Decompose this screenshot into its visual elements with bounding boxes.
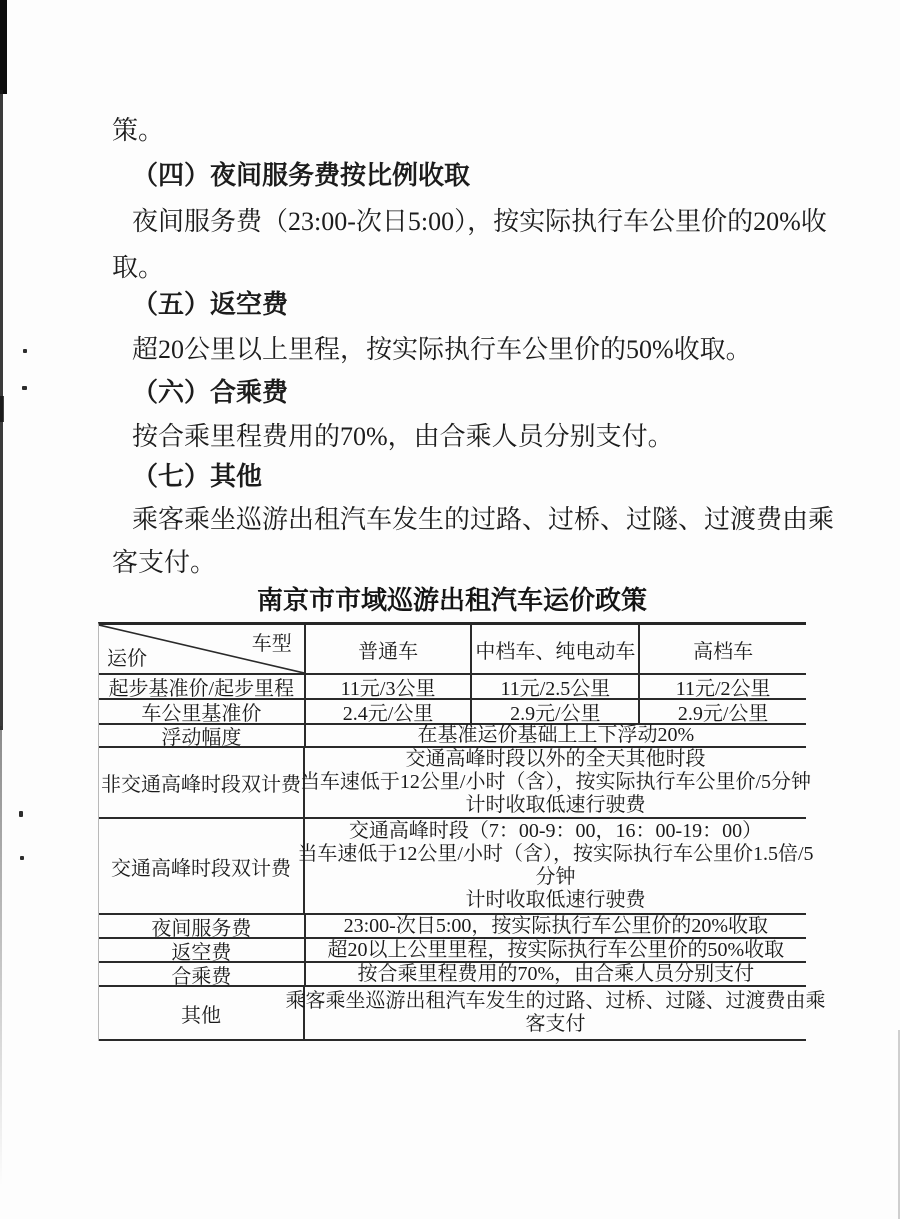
cell-line: 计时收取低速行驶费 [466, 794, 646, 817]
section-heading-6: （六）合乘费 [132, 378, 288, 408]
cell-value: 超20以上公里里程，按实际执行车公里价的50%收取 [304, 939, 806, 961]
section-heading-4: （四）夜间服务费按比例收取 [132, 161, 470, 191]
table-row: 交通高峰时段双计费 交通高峰时段（7：00-9：00，16：00-19：00） … [99, 819, 806, 915]
row-label: 合乘费 [99, 963, 304, 985]
cell-value: 交通高峰时段以外的全天其他时段 当车速低于12公里/小时（含），按实际执行车公里… [303, 748, 806, 817]
cell-line: 当车速低于12公里/小时（含），按实际执行车公里价/5分钟 [300, 771, 811, 794]
table-title: 南京市市域巡游出租汽车运价政策 [98, 585, 806, 615]
scan-speck [22, 386, 27, 390]
section-heading-5: （五）返空费 [132, 290, 288, 320]
cell-line: 交通高峰时段（7：00-9：00，16：00-19：00） [349, 820, 762, 843]
cell-line: 在基准运价基础上上下浮动20% [418, 724, 695, 747]
row-label: 交通高峰时段双计费 [99, 819, 303, 913]
cell-value: 11元/3公里 [304, 675, 471, 698]
document-page: 策。 （四）夜间服务费按比例收取 夜间服务费（23:00-次日5:00），按实际… [0, 0, 900, 1219]
row-label: 返空费 [99, 939, 304, 961]
cell-line: 分钟 [536, 866, 576, 889]
cell-line: 交通高峰时段以外的全天其他时段 [406, 748, 706, 771]
body-line: 客支付。 [112, 548, 216, 578]
row-label: 起步基准价/起步里程 [99, 675, 304, 698]
scan-edge-artifact [0, 726, 2, 1186]
body-line: 按合乘里程费用的70%，由合乘人员分别支付。 [132, 422, 674, 452]
table-row: 合乘费 按合乘里程费用的70%，由合乘人员分别支付 [99, 963, 806, 987]
table-row: 非交通高峰时段双计费 交通高峰时段以外的全天其他时段 当车速低于12公里/小时（… [99, 748, 806, 819]
cell-value: 交通高峰时段（7：00-9：00，16：00-19：00） 当车速低于12公里/… [303, 819, 806, 913]
corner-label-fare: 运价 [107, 642, 147, 671]
cell-value: 2.9元/公里 [638, 700, 806, 723]
scan-edge-artifact [0, 0, 7, 94]
cell-line: 23:00-次日5:00，按实际执行车公里价的20%收取 [344, 915, 768, 938]
cell-value: 2.9元/公里 [470, 700, 638, 723]
column-header-high: 高档车 [638, 625, 806, 673]
body-line: 超20公里以上里程，按实际执行车公里价的50%收取。 [132, 335, 752, 365]
scan-speck [0, 396, 4, 422]
column-header-mid-electric: 中档车、纯电动车 [470, 625, 638, 673]
table-row: 其他 乘客乘坐巡游出租汽车发生的过路、过桥、过隧、过渡费由乘 客支付 [99, 987, 806, 1041]
cell-value: 11元/2公里 [638, 675, 806, 698]
section-heading-7: （七）其他 [132, 462, 262, 492]
column-header-ordinary: 普通车 [304, 625, 471, 673]
table-header-row: 车型 运价 普通车 中档车、纯电动车 高档车 [99, 625, 806, 675]
cell-value: 乘客乘坐巡游出租汽车发生的过路、过桥、过隧、过渡费由乘 客支付 [303, 987, 806, 1039]
body-line: 取。 [112, 253, 164, 283]
scan-speck [20, 856, 24, 860]
corner-cell: 车型 运价 [99, 625, 304, 673]
cell-line: 乘客乘坐巡游出租汽车发生的过路、过桥、过隧、过渡费由乘 [286, 990, 826, 1013]
body-line: 乘客乘坐巡游出租汽车发生的过路、过桥、过隧、过渡费由乘 [132, 505, 834, 535]
scan-speck [19, 811, 23, 817]
pricing-table: 车型 运价 普通车 中档车、纯电动车 高档车 起步基准价/起步里程 11元/3公… [98, 622, 806, 1041]
cell-line: 按合乘里程费用的70%，由合乘人员分别支付 [358, 963, 755, 986]
cell-value: 在基准运价基础上上下浮动20% [304, 725, 806, 746]
body-line: 策。 [112, 116, 164, 146]
cell-value: 按合乘里程费用的70%，由合乘人员分别支付 [304, 963, 806, 985]
cell-value: 11元/2.5公里 [470, 675, 638, 698]
cell-line: 当车速低于12公里/小时（含），按实际执行车公里价1.5倍/5 [297, 843, 813, 866]
cell-line: 客支付 [526, 1013, 586, 1036]
body-line: 夜间服务费（23:00-次日5:00），按实际执行车公里价的20%收 [132, 207, 827, 237]
scan-speck [23, 349, 27, 353]
row-label: 非交通高峰时段双计费 [99, 748, 303, 817]
row-label: 浮动幅度 [99, 725, 304, 746]
cell-line: 超20以上公里里程，按实际执行车公里价的50%收取 [328, 939, 785, 962]
row-label: 其他 [99, 987, 303, 1039]
row-label: 车公里基准价 [99, 700, 304, 723]
corner-label-vehicle-type: 车型 [252, 627, 292, 656]
cell-value: 2.4元/公里 [304, 700, 471, 723]
cell-line: 计时收取低速行驶费 [466, 889, 646, 912]
table-row: 浮动幅度 在基准运价基础上上下浮动20% [99, 725, 806, 748]
cell-value: 23:00-次日5:00，按实际执行车公里价的20%收取 [304, 915, 806, 937]
row-label: 夜间服务费 [99, 915, 304, 937]
